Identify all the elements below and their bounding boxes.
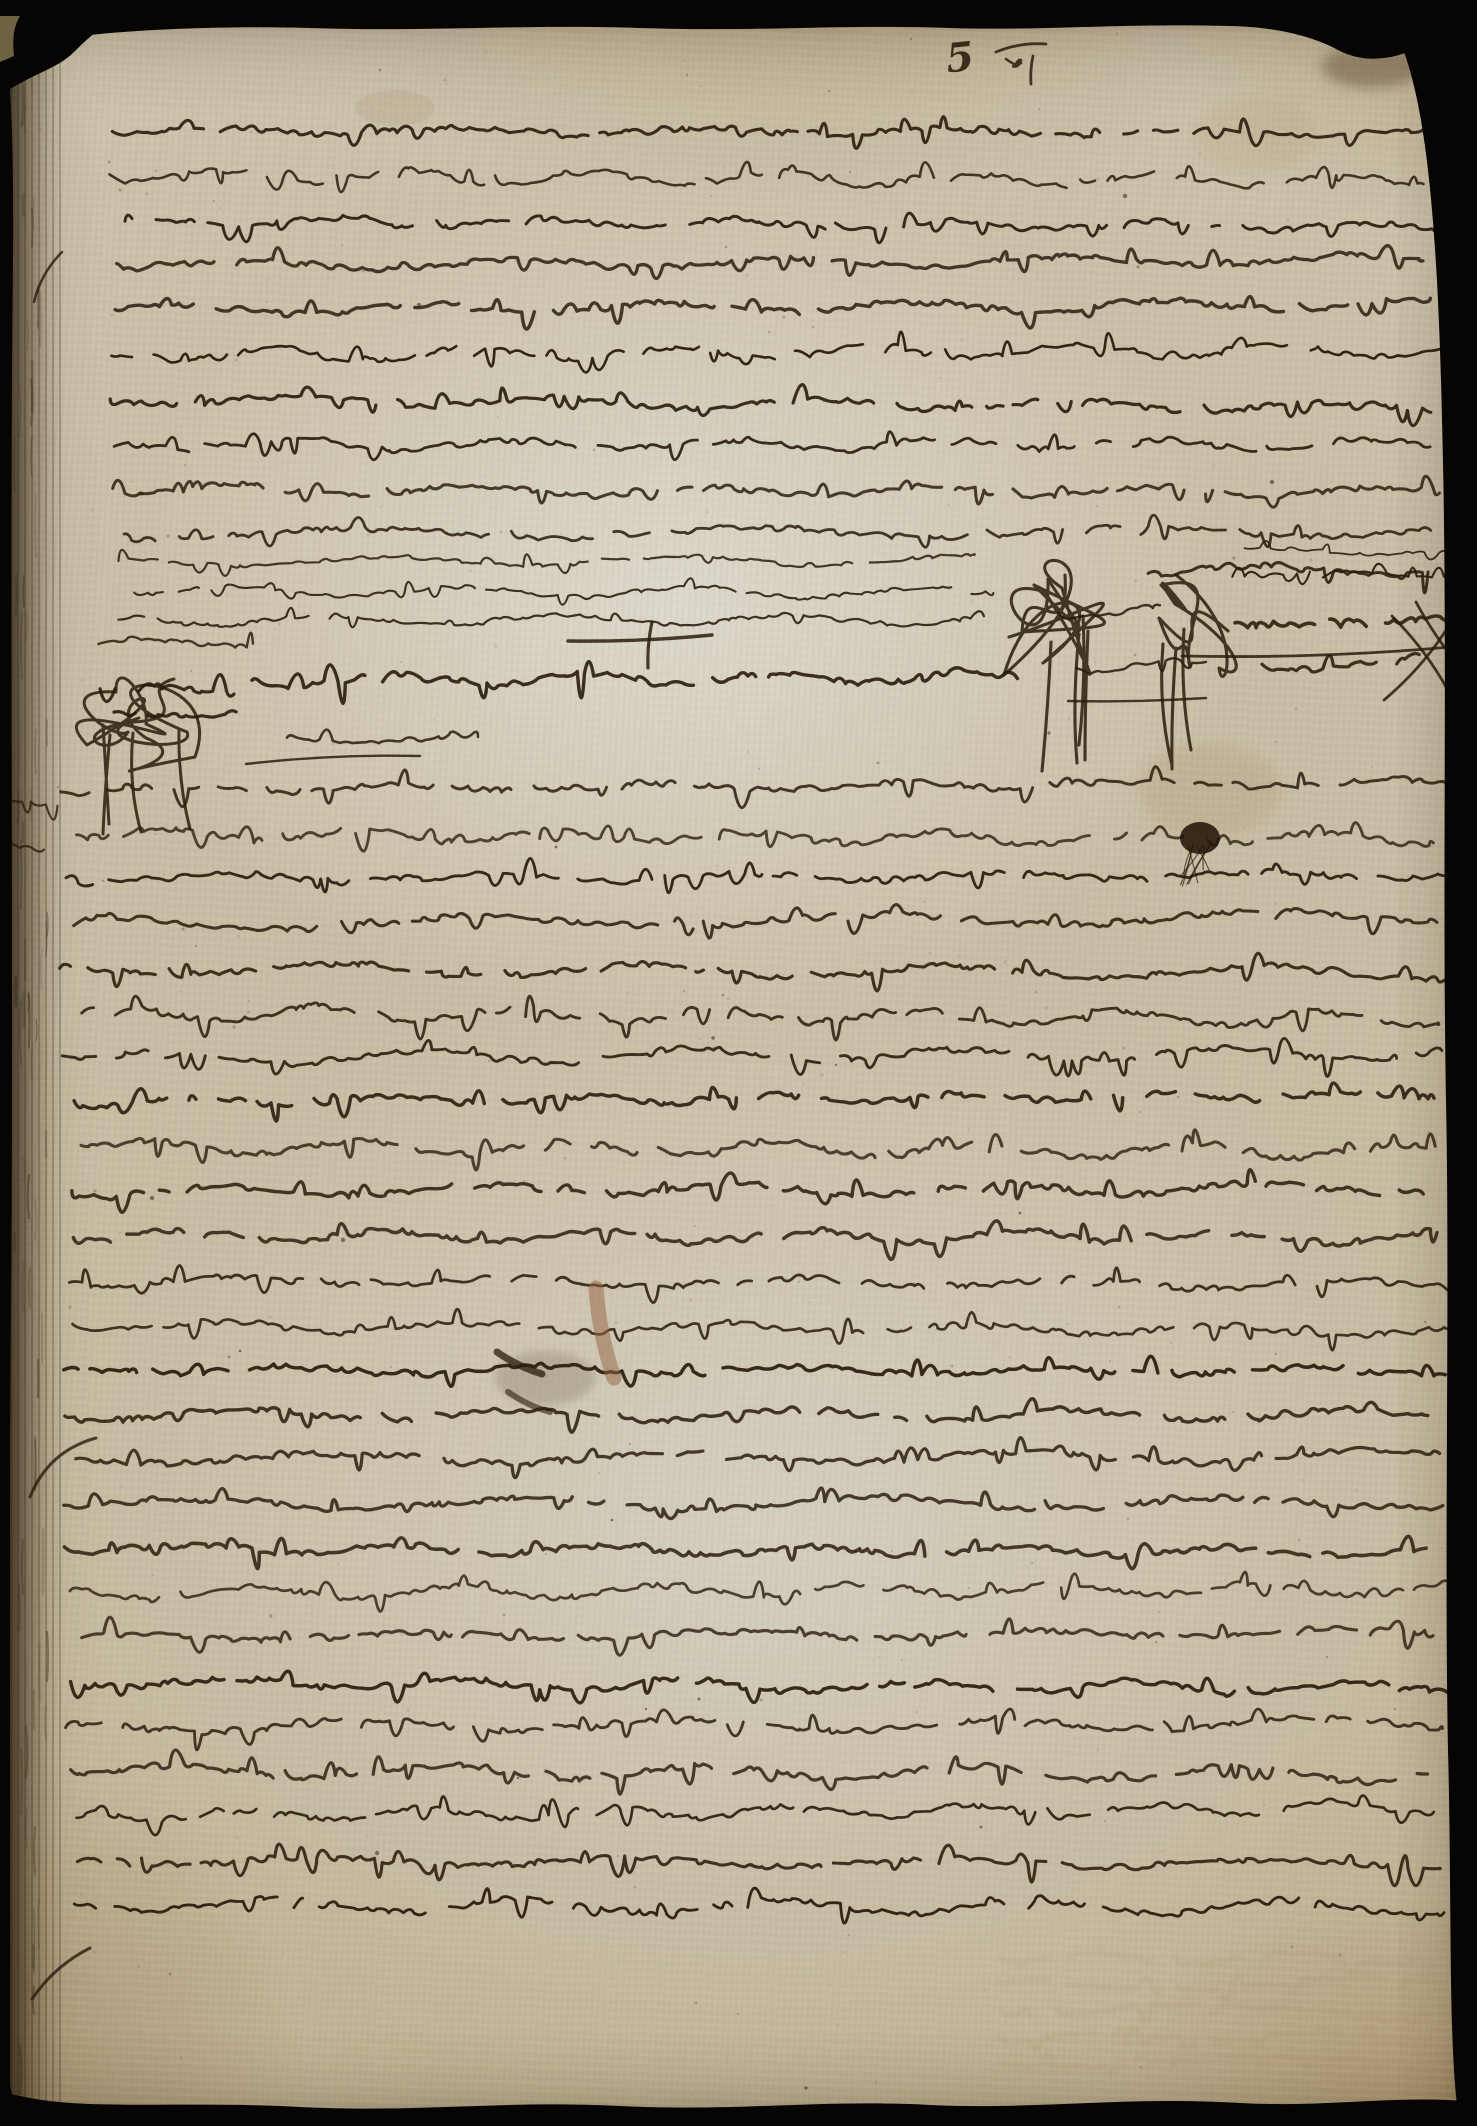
upper-text-block (109, 117, 1447, 548)
folio-flourish (996, 44, 1046, 84)
gutter-streaks (14, 42, 48, 2094)
scan-edge-shadows (0, 0, 1477, 2126)
upper-block-addenda (118, 550, 993, 627)
folio-number: 5 (944, 33, 979, 83)
lower-text-block (60, 767, 1453, 1924)
header-subline (287, 730, 478, 743)
verso-show-through (1000, 1951, 1430, 2074)
manuscript-scan: 5 (0, 0, 1477, 2126)
left-margin-rubric (76, 675, 236, 834)
handwriting-layer (0, 0, 1477, 2126)
margin-notes (6, 252, 96, 1999)
section-header-line (252, 662, 1018, 704)
paper-speckles (27, 33, 1446, 2096)
catch-line (98, 633, 252, 648)
ink-accidents (497, 822, 1220, 1412)
